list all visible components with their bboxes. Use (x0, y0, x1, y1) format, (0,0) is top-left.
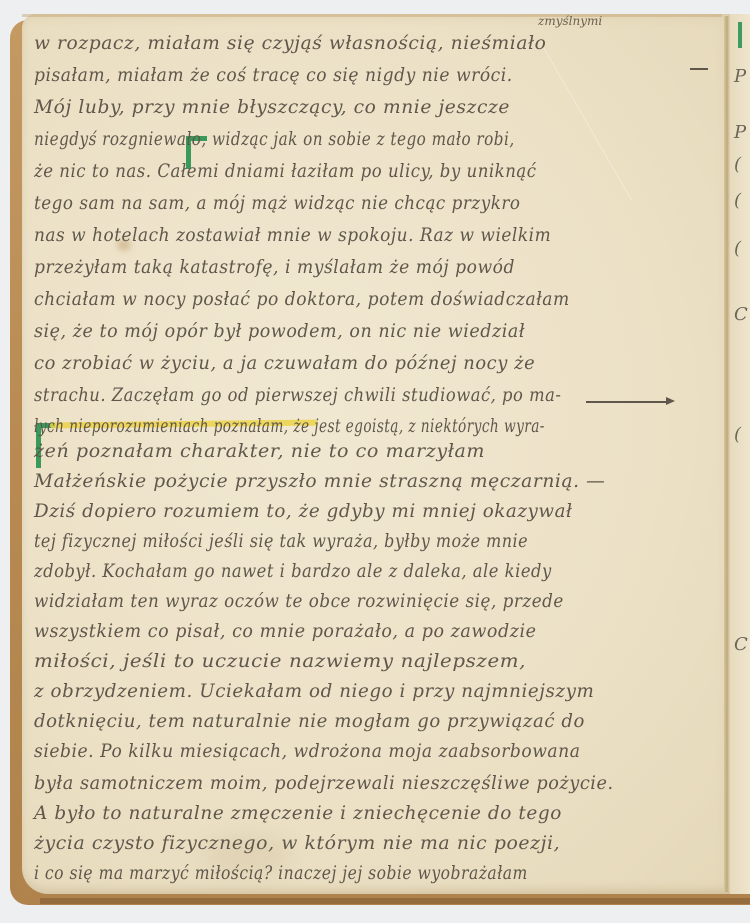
text-line: się, że to mój opór był powodem, on nic … (34, 320, 525, 342)
text-line: zdobył. Kochałam go nawet i bardzo ale z… (34, 560, 552, 582)
cover-edge-shadow (40, 898, 750, 904)
adjacent-glyph: ( (734, 190, 741, 211)
adjacent-glyph: P (734, 66, 746, 87)
adjacent-glyph: P (734, 122, 746, 143)
text-line: Małżeńskie pożycie przyszło mnie straszn… (34, 470, 605, 492)
text-line: życia czysto fizycznego, w którym nie ma… (34, 832, 560, 854)
text-line: łych nieporozumieniach poznałam, że jest… (34, 415, 545, 437)
text-line: i co się ma marzyć miłością? inaczej jej… (34, 862, 528, 884)
text-line: co zrobiać w życiu, a ja czuwałam do póź… (34, 352, 535, 374)
green-bracket-mark (738, 22, 742, 48)
text-line: widziałam ten wyraz oczów te obce rozwin… (34, 590, 564, 612)
text-line: dotknięciu, tem naturalnie nie mogłam go… (34, 710, 585, 732)
arrow-right-icon (666, 397, 675, 405)
text-line: pisałam, miałam że coś tracę co się nigd… (34, 64, 513, 86)
text-line: chciałam w nocy posłać po doktora, potem… (34, 288, 570, 310)
text-line: strachu. Zaczęłam go od pierwszej chwili… (34, 384, 561, 406)
adjacent-glyph: C (734, 304, 748, 325)
text-line: Mój luby, przy mnie błyszczący, co mnie … (34, 96, 510, 118)
text-line: A było to naturalne zmęczenie i zniechęc… (34, 802, 562, 824)
arrow-line (586, 401, 668, 403)
text-line: tego sam na sam, a mój mąż widząc nie ch… (34, 192, 521, 214)
adjacent-glyph: ( (734, 154, 741, 175)
text-line: w rozpacz, miałam się czyjąś własnością,… (34, 32, 546, 54)
text-line: była samotniczem moim, podejrzewali nies… (34, 772, 614, 794)
dash-mark (690, 68, 708, 70)
adjacent-glyph: ( (734, 424, 741, 445)
interlinear-note: zmyślnymi (538, 14, 602, 28)
paper-crease (541, 44, 632, 200)
text-line: nas w hotelach zostawiał mnie w spokoju.… (34, 224, 551, 246)
adjacent-glyph: ( (734, 238, 741, 259)
text-line: miłości, jeśli to uczucie nazwiemy najle… (34, 650, 526, 672)
text-line: Dziś dopiero rozumiem to, że gdyby mi mn… (34, 500, 573, 522)
text-line: z obrzydzeniem. Uciekałam od niego i prz… (34, 680, 594, 702)
page-top-edge (22, 14, 722, 17)
adjacent-page-strip: P P ( ( ( C ( C (730, 14, 750, 894)
text-line: przeżyłam taką katastrofę, i myślałam że… (34, 256, 515, 278)
text-line: niegdyś rozgniewało, widząc jak on sobie… (34, 128, 515, 150)
text-line: tej fizycznej miłości jeśli się tak wyra… (34, 530, 528, 552)
text-line: siebie. Po kilku miesiącach, wdrożona mo… (34, 740, 580, 762)
text-line: wszystkiem co pisał, co mnie porażało, a… (34, 620, 537, 642)
text-line: żeń poznałam charakter, nie to co marzył… (34, 440, 485, 462)
text-line: że nic to nas. Całemi dniami łaziłam po … (34, 160, 537, 182)
adjacent-glyph: C (734, 634, 748, 655)
manuscript-scene: P P ( ( ( C ( C zmyślnymi w rozpacz, mia… (0, 0, 750, 923)
